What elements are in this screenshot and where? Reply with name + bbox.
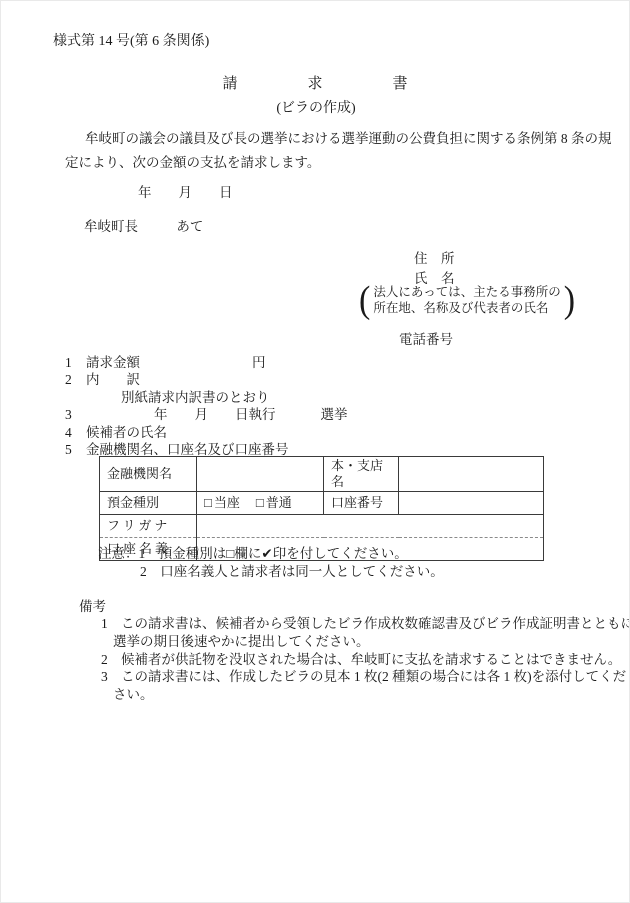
corporate-note-line-2: 所在地、名称及び代表者の氏名 — [373, 301, 560, 317]
deposit-type-options: □当座□普通 — [197, 492, 324, 515]
item-5-label: 金融機関名、口座名及び口座番号 — [86, 442, 289, 457]
yen-unit-label: 円 — [252, 355, 266, 370]
deposit-type-label: 預金種別 — [100, 492, 197, 515]
item-5-number: 5 — [65, 441, 86, 458]
item-2-breakdown: 2内 訳 — [65, 371, 140, 388]
deposit-option-current-label: 当座 — [214, 495, 240, 510]
table-row: 金融機関名 本・支店名 — [100, 457, 544, 492]
item-1-number: 1 — [65, 354, 86, 371]
checkbox-ordinary-icon: □ — [256, 495, 264, 510]
remark-3-line-2: さい。 — [113, 686, 626, 704]
caution-line-2: 2 口座名義人と請求者は同一人としてください。 — [140, 563, 444, 580]
financial-institution-label: 金融機関名 — [100, 457, 197, 492]
remark-1-line-2: 選挙の期日後速やかに提出してください。 — [113, 633, 630, 651]
account-number-label: 口座番号 — [324, 492, 399, 515]
deposit-option-ordinary-label: 普通 — [266, 495, 292, 510]
corporate-note-lines: 法人にあっては、主たる事務所の 所在地、名称及び代表者の氏名 — [373, 285, 560, 316]
invoice-form-page: 様式第 14 号(第 6 条関係) 請 求 書 (ビラの作成) 牟岐町の議会の議… — [0, 0, 630, 903]
corporate-note-line-1: 法人にあっては、主たる事務所の — [373, 285, 560, 301]
table-row: フリガナ — [100, 515, 544, 538]
item-3-number: 3 — [65, 406, 86, 423]
election-date-blank: 年 月 日執行 — [154, 407, 276, 422]
remarks-heading: 備考 — [79, 598, 106, 615]
addressee-suffix: あて — [176, 219, 203, 234]
item-2-number: 2 — [65, 371, 86, 388]
phone-label: 電話番号 — [399, 331, 453, 348]
furigana-value — [197, 515, 544, 538]
corporate-note: ( 法人にあっては、主たる事務所の 所在地、名称及び代表者の氏名 ) — [359, 285, 575, 316]
item-2-subtext: 別紙請求内訳書のとおり — [121, 389, 270, 406]
remark-item-3: 3 この請求書には、作成したビラの見本 1 枚(2 種類の場合には各 1 枚)を… — [101, 668, 626, 703]
deposit-option-current: □当座 — [204, 495, 240, 510]
open-paren-glyph: ( — [359, 284, 370, 318]
item-4-label: 候補者の氏名 — [86, 425, 167, 440]
account-number-value — [399, 492, 544, 515]
item-4-candidate: 4候補者の氏名 — [65, 424, 167, 441]
branch-label: 本・支店名 — [324, 457, 399, 492]
addressee-name: 牟岐町長 — [84, 219, 138, 234]
page-subtitle: (ビラの作成) — [1, 100, 630, 117]
page-title: 請 求 書 — [1, 76, 630, 93]
intro-paragraph: 牟岐町の議会の議員及び長の選挙における選挙運動の公費負担に関する条例第 8 条の… — [65, 127, 612, 175]
item-1-label: 請求金額 — [86, 355, 140, 370]
form-number: 様式第 14 号(第 6 条関係) — [53, 33, 209, 50]
remark-2-lines: 候補者が供託物を没収された場合は、牟岐町に支払を請求することはできません。 — [121, 651, 621, 669]
intro-line-2: 定により、次の金額の支払を請求します。 — [65, 151, 612, 175]
checkbox-current-icon: □ — [204, 495, 212, 510]
remark-item-2: 2 候補者が供託物を没収された場合は、牟岐町に支払を請求することはできません。 — [101, 651, 621, 669]
branch-value — [399, 457, 544, 492]
table-row: 預金種別 □当座□普通 口座番号 — [100, 492, 544, 515]
remark-2-number: 2 — [101, 651, 121, 669]
financial-institution-value — [197, 457, 324, 492]
furigana-label: フリガナ — [100, 515, 197, 538]
deposit-option-ordinary: □普通 — [256, 495, 292, 510]
remark-3-line-1: この請求書には、作成したビラの見本 1 枚(2 種類の場合には各 1 枚)を添付… — [121, 668, 626, 686]
address-label: 住 所 — [414, 250, 455, 267]
remark-1-lines: この請求書は、候補者から受領したビラ作成枚数確認書及びビラ作成証明書とともに 選… — [121, 615, 630, 650]
item-1-amount: 1請求金額円 — [65, 354, 266, 371]
item-4-number: 4 — [65, 424, 86, 441]
election-label: 選挙 — [321, 407, 348, 422]
item-3-election: 3年 月 日執行選挙 — [65, 406, 348, 423]
remark-item-1: 1 この請求書は、候補者から受領したビラ作成枚数確認書及びビラ作成証明書とともに… — [101, 615, 630, 650]
remark-1-line-1: この請求書は、候補者から受領したビラ作成枚数確認書及びビラ作成証明書とともに — [121, 615, 630, 633]
intro-line-1: 牟岐町の議会の議員及び長の選挙における選挙運動の公費負担に関する条例第 8 条の… — [65, 127, 612, 151]
item-2-label: 内 訳 — [86, 372, 140, 387]
remark-3-lines: この請求書には、作成したビラの見本 1 枚(2 種類の場合には各 1 枚)を添付… — [121, 668, 626, 703]
caution-line-1: 注意：1 預金種別は□欄に✔印を付してください。 — [98, 545, 408, 562]
addressee-line: 牟岐町長 あて — [84, 218, 203, 235]
remark-2-line-1: 候補者が供託物を没収された場合は、牟岐町に支払を請求することはできません。 — [121, 651, 621, 669]
date-blank-line: 年 月 日 — [138, 184, 233, 201]
close-paren-glyph: ) — [564, 284, 575, 318]
